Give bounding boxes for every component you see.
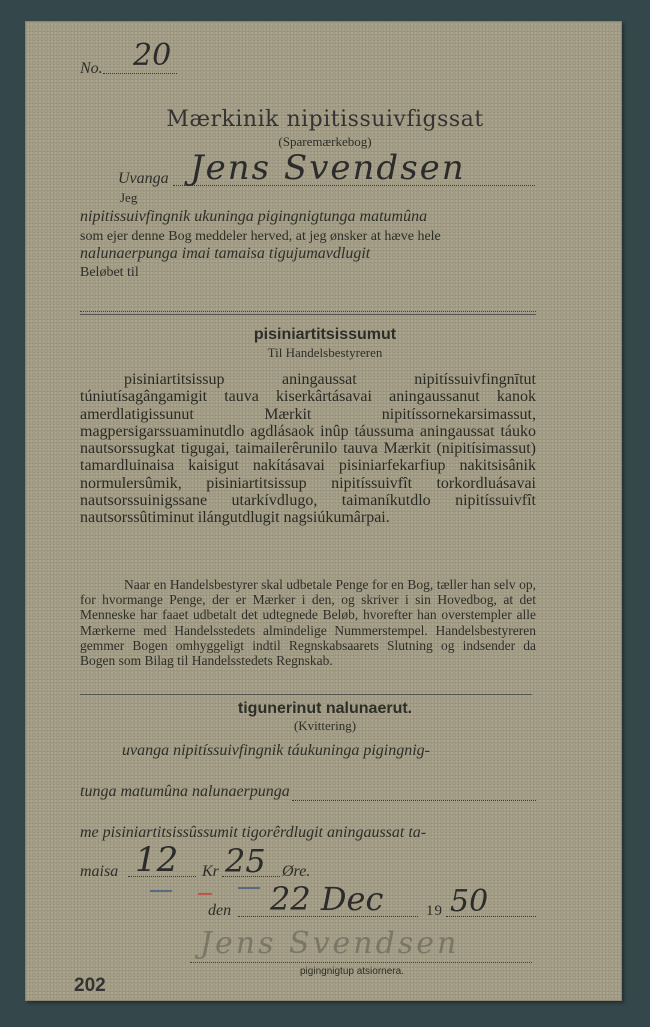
year-handwritten: 50 [450, 884, 488, 919]
signature-handwritten: Jens Svendsen [200, 926, 459, 961]
kroner-label: Kr [202, 863, 219, 881]
page-number: 202 [74, 975, 106, 997]
document-title: Mærkinik nipitissuivfigssat [0, 107, 650, 132]
signature-label: pigingnigtup atsiornera. [300, 966, 404, 977]
receipt-line2: tunga matumûna nalunaerpunga [80, 783, 290, 801]
kroner-amount-handwritten: 12 [135, 840, 178, 880]
number-value-handwritten: 20 [133, 38, 171, 73]
date-label: den [208, 902, 231, 920]
receipt-line2-field [292, 786, 536, 801]
declaration-line1-greenlandic: nipitissuivfingnik ukuninga pigingnigtun… [80, 208, 536, 226]
receipt-section-subtitle: (Kvittering) [0, 718, 650, 734]
receipt-line4-prefix: maisa [80, 863, 118, 881]
owner-label-greenlandic: Uvanga [118, 170, 169, 188]
ore-amount-handwritten: 25 [225, 842, 266, 880]
date-handwritten: 22 Dec [270, 880, 383, 918]
declaration-line2-danish: Beløbet til [80, 264, 536, 282]
declaration-line2-greenlandic: nalunaerpunga imai tamaisa tigujumavdlug… [80, 245, 536, 263]
ore-label: Øre. [282, 863, 310, 881]
signature-field-line [190, 962, 532, 963]
owner-name-handwritten: Jens Svendsen [190, 148, 466, 188]
declaration-line1-danish: som ejer denne Bog meddeler herved, at j… [80, 228, 536, 246]
receipt-line2-row: tunga matumûna nalunaerpunga [80, 783, 536, 801]
receipt-divider [80, 694, 532, 695]
owner-label-danish: Jeg [120, 190, 137, 206]
manager-section-title: pisiniartitsissumut [0, 326, 650, 344]
year-printed: 19 [426, 903, 443, 920]
amount-field-line [80, 311, 536, 312]
receipt-section-title: tigunerinut nalunaerut. [0, 700, 650, 718]
blue-check-mark [150, 890, 172, 892]
section-divider [80, 314, 536, 315]
manager-greenlandic-text: pisiniartitsissup aningaussat nipitíssui… [80, 371, 536, 527]
manager-danish-text: Naar en Handelsbestyrer skal udbetale Pe… [80, 577, 536, 668]
number-label: No. [80, 60, 103, 78]
manager-section-subtitle: Til Handelsbestyreren [0, 345, 650, 361]
manager-danish-paragraph: Naar en Handelsbestyrer skal udbetale Pe… [80, 577, 536, 668]
red-check-mark [198, 893, 212, 895]
blue-check-mark-2 [238, 887, 260, 889]
manager-greenlandic-paragraph: pisiniartitsissup aningaussat nipitíssui… [80, 371, 536, 527]
receipt-line1: uvanga nipitíssuivfingnik táukuninga pig… [122, 742, 534, 760]
